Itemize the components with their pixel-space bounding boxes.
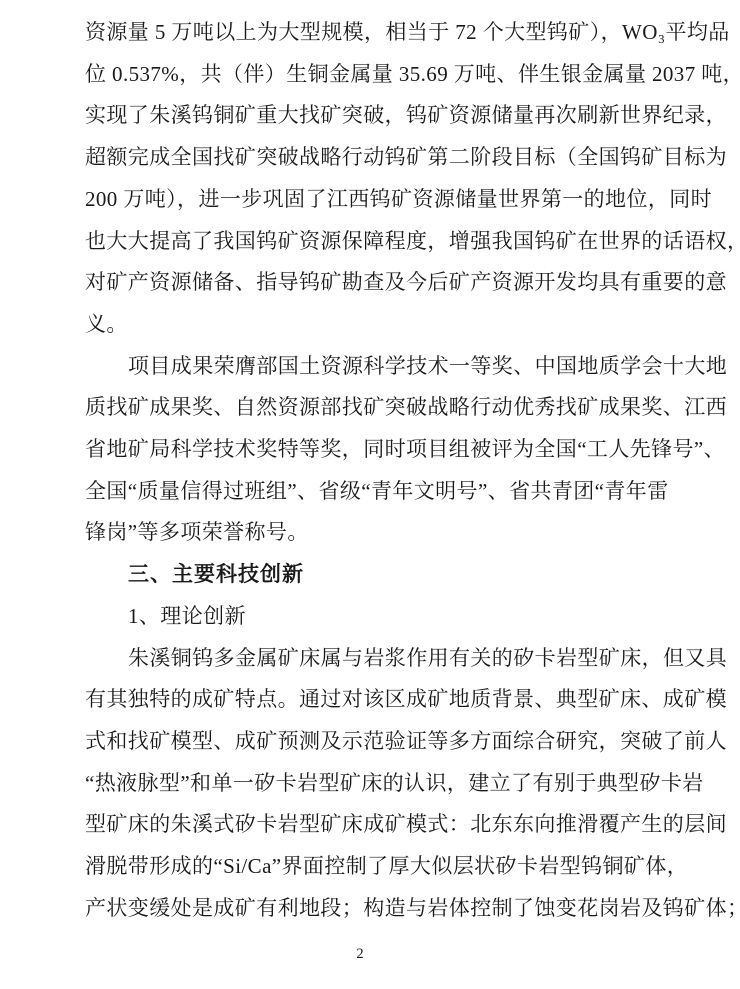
page-number: 2: [0, 946, 720, 963]
text-line: 200 万吨），进一步巩固了江西钨矿资源储量世界第一的地位，同时: [85, 179, 660, 221]
text-line: “热液脉型”和单一矽卡岩型矿床的认识，建立了有别于典型矽卡岩: [85, 763, 660, 805]
text-line: 位 0.537%，共（伴）生铜金属量 35.69 万吨、伴生银金属量 2037 …: [85, 54, 660, 96]
text-line: 质找矿成果奖、自然资源部找矿突破战略行动优秀找矿成果奖、江西: [85, 387, 660, 429]
text-line: 有其独特的成矿特点。通过对该区成矿地质背景、典型矿床、成矿模: [85, 679, 660, 721]
text-line: 朱溪铜钨多金属矿床属与岩浆作用有关的矽卡岩型矿床，但又具: [85, 638, 660, 680]
text-line: 项目成果荣膺部国土资源科学技术一等奖、中国地质学会十大地: [85, 346, 660, 388]
text-line: 实现了朱溪钨铜矿重大找矿突破，钨矿资源储量再次刷新世界纪录，: [85, 95, 660, 137]
text-line: 式和找矿模型、成矿预测及示范验证等多方面综合研究，突破了前人: [85, 721, 660, 763]
subsection-heading: 1、理论创新: [85, 596, 660, 638]
text-line: 省地矿局科学技术奖特等奖，同时项目组被评为全国“工人先锋号”、: [85, 429, 660, 471]
document-page: 资源量 5 万吨以上为大型规模，相当于 72 个大型钨矿），WO₃平均品 位 0…: [0, 0, 740, 989]
text-line: 资源量 5 万吨以上为大型规模，相当于 72 个大型钨矿），WO₃平均品: [85, 12, 660, 54]
text-line: 产状变缓处是成矿有利地段；构造与岩体控制了蚀变花岗岩及钨矿体；: [85, 888, 660, 930]
document-body: 资源量 5 万吨以上为大型规模，相当于 72 个大型钨矿），WO₃平均品 位 0…: [85, 12, 660, 929]
text-line: 也大大提高了我国钨矿资源保障程度，增强我国钨矿在世界的话语权，: [85, 221, 660, 263]
text-line: 锋岗”等多项荣誉称号。: [85, 512, 660, 554]
section-heading: 三、主要科技创新: [85, 554, 660, 596]
text-line: 超额完成全国找矿突破战略行动钨矿第二阶段目标（全国钨矿目标为: [85, 137, 660, 179]
text-line: 义。: [85, 304, 660, 346]
text-line: 型矿床的朱溪式矽卡岩型矿床成矿模式：北东东向推滑覆产生的层间: [85, 804, 660, 846]
text-line: 对矿产资源储备、指导钨矿勘查及今后矿产资源开发均具有重要的意: [85, 262, 660, 304]
text-line: 全国“质量信得过班组”、省级“青年文明号”、省共青团“青年雷: [85, 471, 660, 513]
text-line: 滑脱带形成的“Si/Ca”界面控制了厚大似层状矽卡岩型钨铜矿体，: [85, 846, 660, 888]
